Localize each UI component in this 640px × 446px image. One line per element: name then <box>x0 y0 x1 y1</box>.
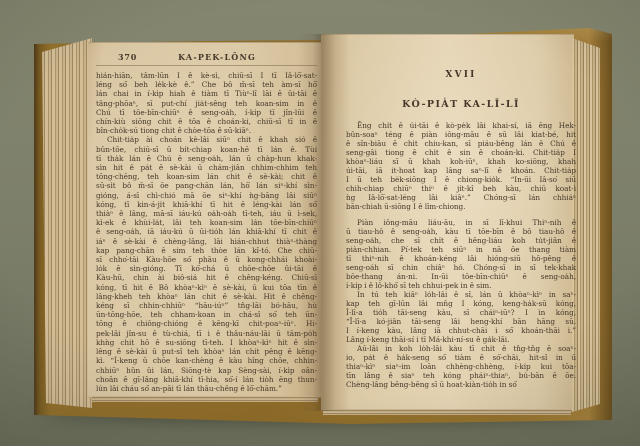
text-line: ū tiau-hô ê seng-oa̍h, kàu tī tōe-bīn ê … <box>346 227 576 236</box>
page-bottom-edge-left <box>92 396 318 402</box>
left-page-body: hián-hiān, tâm-lūn I ê kè-sì, chiū-sī I … <box>96 71 317 393</box>
text-line: Lâng í-keng thāi-sí i tī Má-khi-ní-su ê … <box>346 335 576 344</box>
text-line: thiàⁿ ê lâng, mā-sī iáu-kú oa̍h-oa̍h tī-… <box>96 209 317 218</box>
text-line: lêng ê sè-kài ū put-sî teh khòaⁿ lán chi… <box>96 347 317 356</box>
text-line: khǹg chit hō ê su-siōng tī-teh. I khòaⁿ-… <box>96 338 317 347</box>
text-line: I ū teh be̍k-siōng I ê chiong-kio̍k. “In… <box>346 175 576 184</box>
text-line: kóng, tī hit ê Bô khòaⁿ-kìⁿ ê sè-kài, ū … <box>96 283 317 292</box>
text-line: kì. “Í-keng ū chōe kan-chèng ê kàu hîng … <box>96 356 317 365</box>
running-head: KA-PEK-LÔNG <box>137 52 297 62</box>
text-line: tī thiⁿ-nih ê khoán-kéng lâi hióng-siū h… <box>346 254 576 263</box>
text-line: bûn-tōe, chiū-sī ū bi̍t-chiap koan-hē tī… <box>96 145 317 154</box>
text-line: Chit-tia̍p ài choán kè-lâi siūⁿ chit ê k… <box>96 135 317 144</box>
photo-of-open-book: 370 KA-PEK-LÔNG hián-hiān, tâm-lūn I ê k… <box>0 0 640 446</box>
text-line: I í-keng kàu, lâng iā chhut-chāi i só͘ k… <box>346 326 576 335</box>
text-line: thiaⁿ-kìⁿ siaⁿ-im loān chhèng-chhèng, í-… <box>346 362 576 371</box>
text-line: tī tha̍k lán ê Chú ê seng-oa̍h, lán ū ch… <box>96 154 317 163</box>
paragraph: Aū-lâi in koh lo̍h-lâi kàu tī chi̍t ê tn… <box>346 344 576 389</box>
paragraph: Piàn iông-māu liáu-āu, in sī lī-khui Thi… <box>346 218 576 290</box>
text-line: tōng ê chiông-chióng ê kēng-kī chit-poaⁿ… <box>96 319 317 328</box>
paragraph: Ēng chi̍t ê úi-tāi ê kò-pe̍k lâi khai-sí… <box>346 121 576 211</box>
text-line: kéng sī chhin-chhiūⁿ “hāu-iúⁿ” tn̂g-lāi … <box>96 301 317 310</box>
text-line: seng-oa̍h, che sī chi̍t ê hêng-liáu koh … <box>346 236 576 245</box>
page-fore-edge-right <box>572 38 600 412</box>
text-line: seng-gâi tiong ê chi̍t ê sin ê choán-ki.… <box>346 148 576 157</box>
text-line: kì-ek ê khùi-la̍t, lâi teh koan-sim lán … <box>96 218 317 227</box>
text-line: seng-oa̍h sī chin chiâⁿ hó. Chóng-sī in … <box>346 263 576 272</box>
text-line: lún lâi cháu só͘ an-pâi tī lán thâu-chên… <box>96 384 317 393</box>
text-line: io, pa̍t ê ha̍k-seng só͘ tiàm ê só͘-chāi… <box>346 353 576 362</box>
text-line: bûn-soaⁿ téng ê piàn iông-māu ê sū lâi k… <box>346 130 576 139</box>
text-line: ê sîn-biāu ê chi̍t chiu-kan, sī piáu-bên… <box>346 139 576 148</box>
text-line: bîn-cho̍k-sú tiong chit ê chòe-tōa ê sū-… <box>96 126 317 135</box>
text-line: Kàu-hū, chin ài biô-siá hit ê chêng-kéng… <box>96 273 317 282</box>
paragraph: hián-hiān, tâm-lūn I ê kè-sì, chiū-sī I … <box>96 71 317 135</box>
header-rule <box>96 65 317 66</box>
text-line: khòaⁿ-liáu sī ū khah koh-iūⁿ, khah ko-si… <box>346 157 576 166</box>
text-line: chín-kiù siōng chit ê tōa ê choán-ki, ch… <box>96 117 317 126</box>
text-line: kap teh gī-lūn lâi mn̄g I kóng, keng-ha̍… <box>346 299 576 308</box>
right-page-content: XVII KÒ-PIA̍T KA-LĪ-LĪ Ēng chi̍t ê úi-tā… <box>346 70 576 389</box>
text-line: ūn-tōng-hōe, teh chham-koan in chá-sî só… <box>96 310 317 319</box>
text-line: sū-si̍t bô m̄-sī ōe pang-chān lán, hō͘ l… <box>96 181 317 190</box>
text-line: Ēng chi̍t ê úi-tāi ê kò-pe̍k lâi khai-sí… <box>346 121 576 130</box>
text-line: í-ki̍p i ê lô-khó͘ sī teh chhui-pek in ê… <box>346 281 576 290</box>
text-line: piàn-chhian. Pí-tek teh siūⁿ in nā ōe th… <box>346 245 576 254</box>
left-page-header: 370 KA-PEK-LÔNG <box>96 52 317 62</box>
text-line: tōng-chēng, teh koan-sim lán chit ê sè-k… <box>96 172 317 181</box>
text-line: ê seng-oa̍h, iā iáu-kú ū ūi-tio̍h lán kh… <box>96 227 317 236</box>
text-line: bān-chiah ū-siōng I ê lîm-chiong. <box>346 202 576 211</box>
text-line: lo̍k ê sìn-gióng. Tī kó͘-chá ū chōe-chōe… <box>96 264 317 273</box>
text-line: pek-lâi jîn-su ê tù-chiá, tī i ê thâu-ná… <box>96 329 317 338</box>
text-line: úi-tāi, iā it-hoat kap lâng saⁿ-lī ê kho… <box>346 166 576 175</box>
text-line: In tú teh kiâⁿ lo̍h-lâi ê sî, lán ū khòa… <box>346 290 576 299</box>
text-line: kap pang-chān ê sim teh thòe lán kî-tó. … <box>96 246 317 255</box>
paragraph: Chit-tia̍p ài choán kè-lâi siūⁿ chit ê k… <box>96 135 317 393</box>
text-line: tâng-phōaⁿ, sī put-chí jia̍t-sêng teh ko… <box>96 99 317 108</box>
text-line: bōe-thang án-ni. In-ūi tōe-bīn-chiūⁿ ê s… <box>346 272 576 281</box>
text-line: tīn lâng ê siaⁿ teh kóng pháiⁿ-thiaⁿ, bú… <box>346 371 576 380</box>
text-line: hián-hiān, tâm-lūn I ê kè-sì, chiū-sī I … <box>96 71 317 80</box>
text-line: iáⁿ ê sè-kài ê chèng-lâng, lâi hián-chhu… <box>96 237 317 246</box>
left-page-content: 370 KA-PEK-LÔNG hián-hiān, tâm-lūn I ê k… <box>96 52 317 393</box>
text-line: Piàn iông-māu liáu-āu, in sī lī-khui Thi… <box>346 218 576 227</box>
text-line: Chú tī tōe-bīn-chiūⁿ ê seng-oa̍h, í-ki̍p… <box>96 108 317 117</box>
text-line: lán chai in í-ki̍p hiah ê tiàm tī Tiùⁿ-l… <box>96 89 317 98</box>
text-line: chih-chiap chiūⁿ thiⁿ ê ji̍t-kî beh kàu,… <box>346 184 576 193</box>
right-page-body: Ēng chi̍t ê úi-tāi ê kò-pe̍k lâi khai-sí… <box>346 121 576 389</box>
page-fore-edge-left <box>42 36 92 408</box>
text-line: Chèng-lâng bêng-bêng sī ū hoat-kiàn-tio̍… <box>346 380 576 389</box>
page-bottom-edge-right <box>323 409 571 415</box>
text-line: Aū-lâi in koh lo̍h-lâi kàu tī chi̍t ê tn… <box>346 344 576 353</box>
text-line: léng só͘ beh le̍k-kè ê.” Che bô m̄-sī te… <box>96 80 317 89</box>
text-line: sī chho͘-tāi Kàu-hōe só͘ phāu ê ū kong-c… <box>96 255 317 264</box>
text-line: kóng, tī kin-á-ji̍t khiā-khí tī hit ê lé… <box>96 200 317 209</box>
paragraph: In tú teh kiâⁿ lo̍h-lâi ê sî, lán ū khòa… <box>346 290 576 344</box>
text-line: sìn hit ê pa̍t ê sè-kài ū chám-jiân chhi… <box>96 163 317 172</box>
text-line: chhiūⁿ hûn ûi lán, Siōng-tè kap Sèng-sài… <box>96 366 317 375</box>
text-line: lâng-kheh teh khòaⁿ lán chit ê sè-kài. H… <box>96 292 317 301</box>
text-line: choân ê gī-lâng khiā-khí tī-hia, só͘-í l… <box>96 375 317 384</box>
text-line: gióng, á-sī chì-chió mā ōe siⁿ-khí ǹg-bā… <box>96 191 317 200</box>
chapter-title: KÒ-PIA̍T KA-LĪ-LĪ <box>346 99 576 110</box>
text-line: ǹg Iâ-lō͘-sat-léng lâi kiâⁿ.” Chóng-sī l… <box>346 193 576 202</box>
chapter-number: XVII <box>346 70 576 80</box>
text-line: Î-lī-a tio̍h tāi-seng kàu, sī cháiⁿ-iūⁿ?… <box>346 308 576 317</box>
text-line: “Î-lī-a kó-jiân tāi-seng lâi heng-khí bā… <box>346 317 576 326</box>
page-number: 370 <box>118 52 137 62</box>
